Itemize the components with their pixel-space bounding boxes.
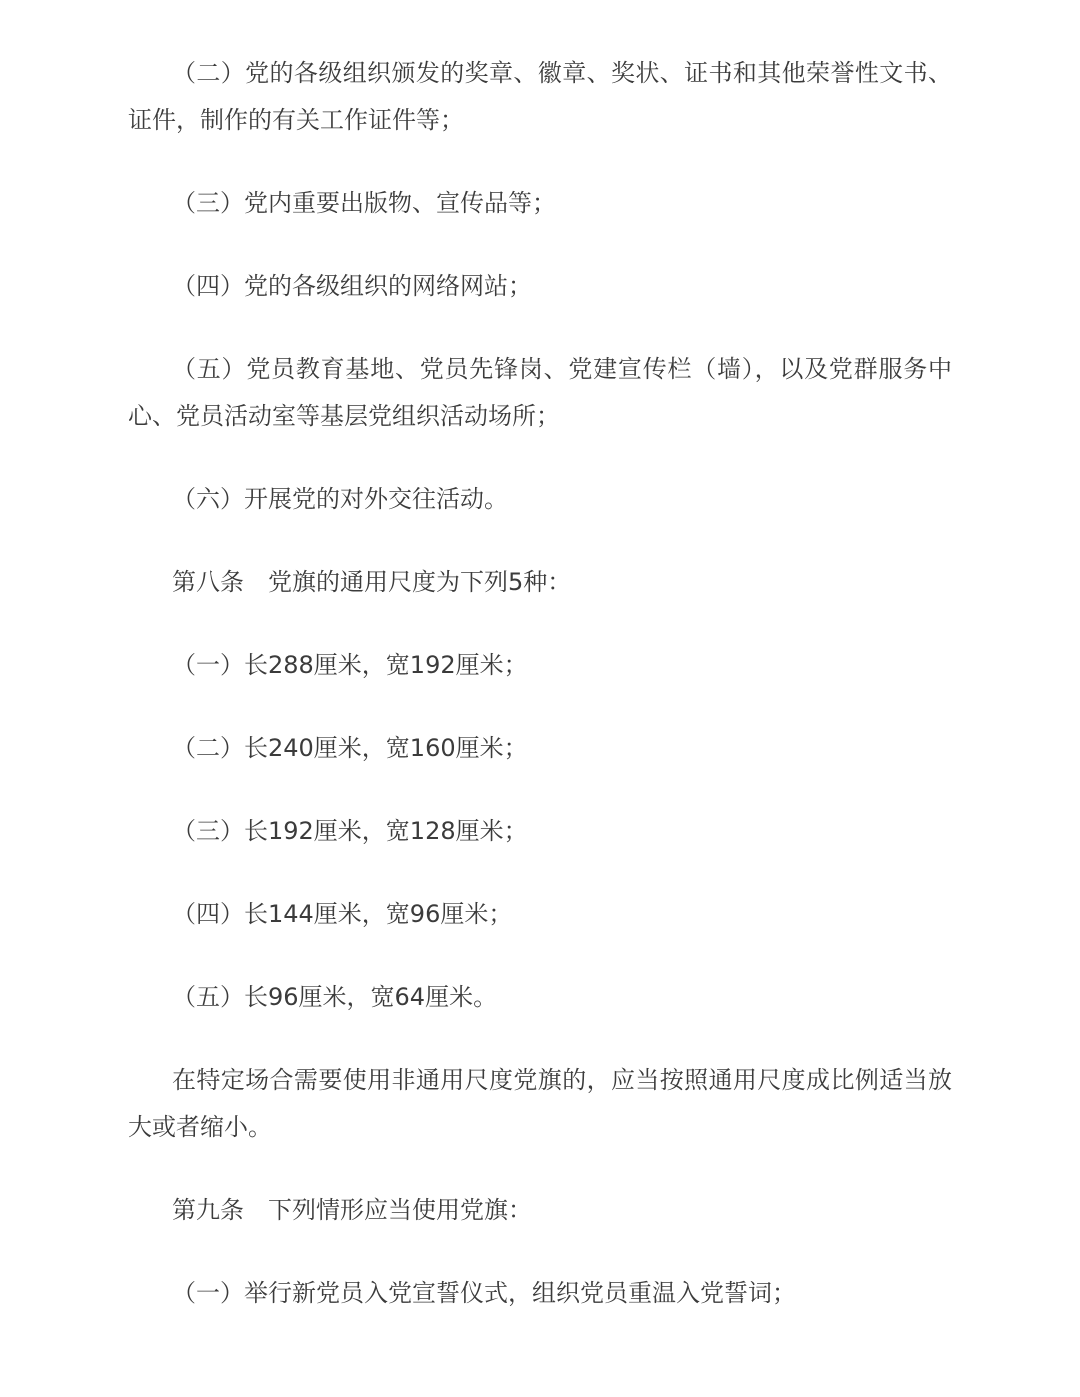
paragraph-flag-size-1: （一）长288厘米，宽192厘米；: [128, 642, 952, 689]
paragraph-nonstandard-size-rule: 在特定场合需要使用非通用尺度党旗的，应当按照通用尺度成比例适当放大或者缩小。: [128, 1057, 952, 1151]
paragraph-oath-ceremony: （一）举行新党员入党宣誓仪式，组织党员重温入党誓词；: [128, 1270, 952, 1317]
paragraph-flag-size-5: （五）长96厘米，宽64厘米。: [128, 974, 952, 1021]
paragraph-article-9-heading: 第九条 下列情形应当使用党旗：: [128, 1187, 952, 1234]
paragraph-item-3-publications: （三）党内重要出版物、宣传品等；: [128, 180, 952, 227]
paragraph-flag-size-4: （四）长144厘米，宽96厘米；: [128, 891, 952, 938]
paragraph-article-8-heading: 第八条 党旗的通用尺度为下列5种：: [128, 559, 952, 606]
document-page: （二）党的各级组织颁发的奖章、徽章、奖状、证书和其他荣誉性文书、证件，制作的有关…: [0, 0, 1080, 1397]
paragraph-item-5-venues: （五）党员教育基地、党员先锋岗、党建宣传栏（墙），以及党群服务中心、党员活动室等…: [128, 346, 952, 440]
paragraph-flag-size-3: （三）长192厘米，宽128厘米；: [128, 808, 952, 855]
paragraph-item-2-badges: （二）党的各级组织颁发的奖章、徽章、奖状、证书和其他荣誉性文书、证件，制作的有关…: [128, 50, 952, 144]
paragraph-item-6-external-activities: （六）开展党的对外交往活动。: [128, 476, 952, 523]
paragraph-flag-size-2: （二）长240厘米，宽160厘米；: [128, 725, 952, 772]
paragraph-item-4-websites: （四）党的各级组织的网络网站；: [128, 263, 952, 310]
